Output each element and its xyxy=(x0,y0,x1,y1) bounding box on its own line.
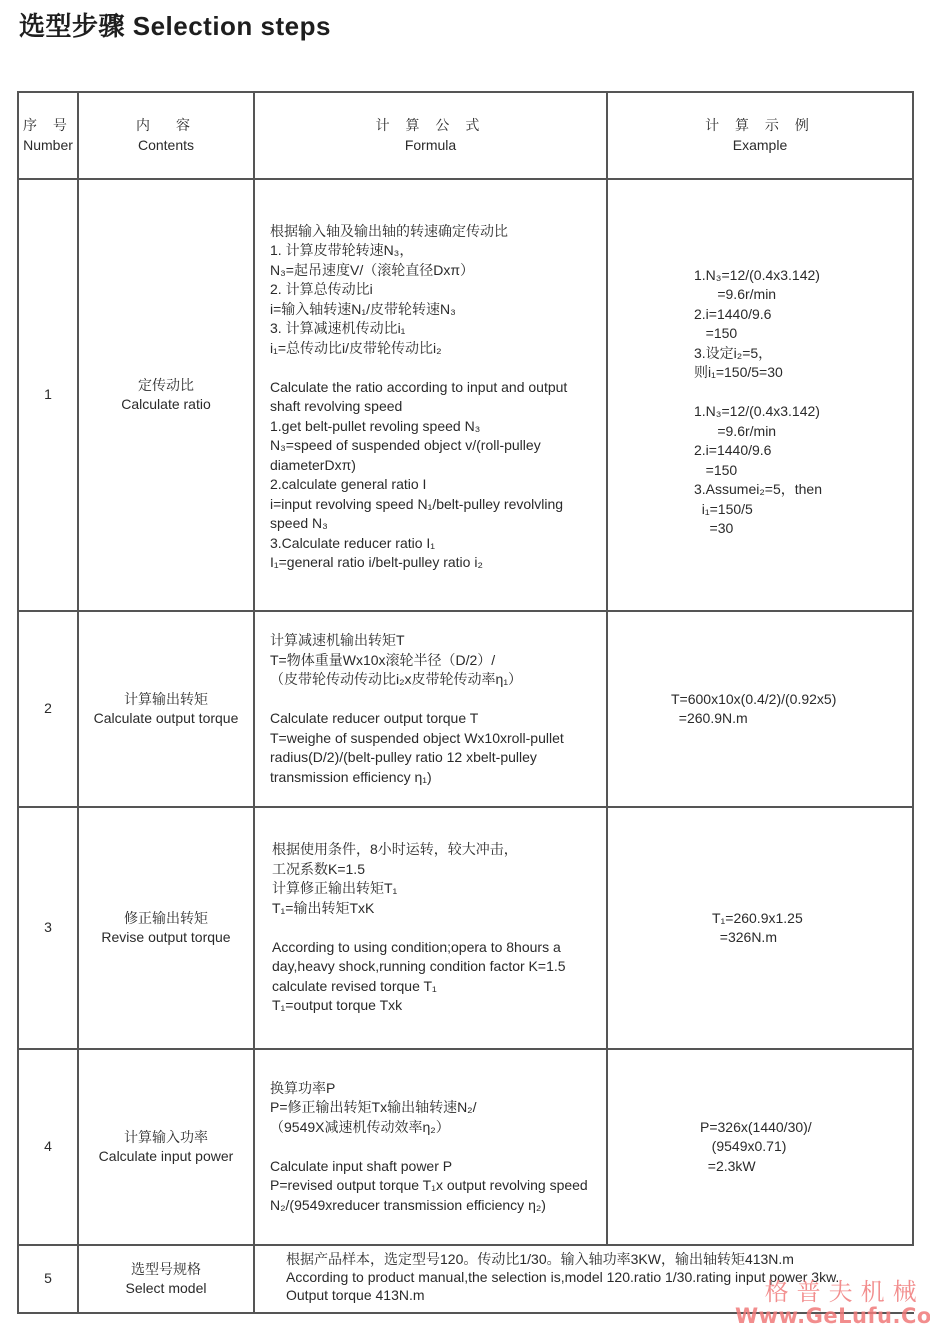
example-line: =30 xyxy=(694,519,912,539)
formula-line: 换算功率P xyxy=(270,1079,600,1099)
row-formula: 根据输入轴及输出轴的转速确定传动比 1. 计算皮带轮转速N₃， N₃=起吊速度V… xyxy=(254,179,607,611)
formula-line: i=input revolving speed N₁/belt-pulley r… xyxy=(270,495,600,515)
result-line: According to product manual,the selectio… xyxy=(286,1268,912,1286)
header-number-cn: 序 号 xyxy=(19,116,77,136)
formula-line: N₃=起吊速度V/（滚轮直径Dxπ） xyxy=(270,261,600,281)
example-line: =2.3kW xyxy=(700,1157,912,1177)
formula-line: 3.Calculate reducer ratio I₁ xyxy=(270,534,600,554)
example-line: 1.N₃=12/(0.4x3.142) xyxy=(694,402,912,422)
header-contents: 内 容 Contents xyxy=(78,92,254,179)
formula-line: P=revised output torque T₁x output revol… xyxy=(270,1176,600,1196)
formula-line: 1.get belt-pullet revoling speed N₃ xyxy=(270,417,600,437)
example-line: 2.i=1440/9.6 xyxy=(694,441,912,461)
row-example: P=326x(1440/30)/ (9549x0.71) =2.3kW xyxy=(607,1049,913,1245)
row-formula: 根据使用条件，8小时运转，较大冲击， 工况系数K=1.5 计算修正输出转矩T₁ … xyxy=(254,807,607,1049)
content-en: Calculate ratio xyxy=(79,395,253,415)
header-formula: 计 算 公 式 Formula xyxy=(254,92,607,179)
result-line: Output torque 413N.m xyxy=(286,1286,912,1304)
formula-line: T₁=output torque Txk xyxy=(272,996,600,1016)
formula-line: P=修正输出转矩Tx输出轴转速N₂/ xyxy=(270,1098,600,1118)
formula-line: 2. 计算总传动比i xyxy=(270,280,600,300)
row-example: T₁=260.9x1.25 =326N.m xyxy=(607,807,913,1049)
content-en: Calculate output torque xyxy=(79,709,253,729)
content-cn: 计算输入功率 xyxy=(79,1128,253,1148)
example-line: T₁=260.9x1.25 xyxy=(712,909,912,929)
formula-line: T=weighe of suspended object Wx10xroll-p… xyxy=(270,729,600,749)
formula-line: 3. 计算减速机传动比i₁ xyxy=(270,319,600,339)
formula-line: shaft revolving speed xyxy=(270,397,600,417)
formula-line: speed N₃ xyxy=(270,514,600,534)
row-example: T=600x10x(0.4/2)/(0.92x5) =260.9N.m xyxy=(607,611,913,807)
selection-steps-table: 序 号 Number 内 容 Contents 计 算 公 式 Formula … xyxy=(17,91,914,1314)
formula-line: N₃=speed of suspended object v/(roll-pul… xyxy=(270,436,600,456)
content-cn: 选型号规格 xyxy=(79,1260,253,1280)
formula-line: 2.calculate general ratio I xyxy=(270,475,600,495)
content-en: Calculate input power xyxy=(79,1147,253,1167)
row-result: 根据产品样本，选定型号120。传动比1/30。输入轴功率3KW，输出轴转矩413… xyxy=(254,1245,913,1313)
row-content: 选型号规格 Select model xyxy=(78,1245,254,1313)
table-header-row: 序 号 Number 内 容 Contents 计 算 公 式 Formula … xyxy=(18,92,913,179)
formula-line: 根据输入轴及输出轴的转速确定传动比 xyxy=(270,222,600,242)
table-row: 3 修正输出转矩 Revise output torque 根据使用条件，8小时… xyxy=(18,807,913,1049)
header-contents-en: Contents xyxy=(79,136,253,156)
formula-line: （皮带轮传动传动比i₂x皮带轮传动率η₁） xyxy=(270,670,600,690)
content-cn: 定传动比 xyxy=(79,376,253,396)
formula-line: I₁=general ratio i/belt-pulley ratio i₂ xyxy=(270,553,600,573)
header-example: 计 算 示 例 Example xyxy=(607,92,913,179)
formula-line: radius(D/2)/(belt-pulley ratio 12 xbelt-… xyxy=(270,748,600,768)
header-example-cn: 计 算 示 例 xyxy=(608,116,912,136)
row-content: 计算输入功率 Calculate input power xyxy=(78,1049,254,1245)
content-cn: 修正输出转矩 xyxy=(79,909,253,929)
formula-line: T=物体重量Wx10x滚轮半径（D/2）/ xyxy=(270,651,600,671)
example-line: =150 xyxy=(694,461,912,481)
row-formula: 计算减速机输出转矩T T=物体重量Wx10x滚轮半径（D/2）/ （皮带轮传动传… xyxy=(254,611,607,807)
table-row: 1 定传动比 Calculate ratio 根据输入轴及输出轴的转速确定传动比… xyxy=(18,179,913,611)
table-row: 2 计算输出转矩 Calculate output torque 计算减速机输出… xyxy=(18,611,913,807)
row-formula: 换算功率P P=修正输出转矩Tx输出轴转速N₂/ （9549X减速机传动效率η₂… xyxy=(254,1049,607,1245)
formula-line: 根据使用条件，8小时运转，较大冲击， xyxy=(272,840,600,860)
content-en: Revise output torque xyxy=(79,928,253,948)
header-contents-cn: 内 容 xyxy=(79,116,253,136)
example-line: =9.6r/min xyxy=(694,422,912,442)
formula-line: Calculate the ratio according to input a… xyxy=(270,378,600,398)
header-number-en: Number xyxy=(19,136,77,156)
example-line: =9.6r/min xyxy=(694,285,912,305)
formula-line: 计算修正输出转矩T₁ xyxy=(272,879,600,899)
formula-line: T₁=输出转矩TxK xyxy=(272,899,600,919)
table-row: 4 计算输入功率 Calculate input power 换算功率P P=修… xyxy=(18,1049,913,1245)
example-line: 3.设定i₂=5， xyxy=(694,344,912,364)
row-number: 1 xyxy=(18,179,78,611)
content-cn: 计算输出转矩 xyxy=(79,690,253,710)
example-line: P=326x(1440/30)/ xyxy=(700,1118,912,1138)
formula-line: diameterDxπ) xyxy=(270,456,600,476)
formula-line: i=输入轴转速N₁/皮带轮转速N₃ xyxy=(270,300,600,320)
example-line: 则i₁=150/5=30 xyxy=(694,363,912,383)
formula-line: According to using condition;opera to 8h… xyxy=(272,938,600,958)
formula-line: Calculate reducer output torque T xyxy=(270,709,600,729)
example-line: 3.Assumei₂=5，then xyxy=(694,480,912,500)
header-example-en: Example xyxy=(608,136,912,156)
row-content: 修正输出转矩 Revise output torque xyxy=(78,807,254,1049)
example-line: T=600x10x(0.4/2)/(0.92x5) xyxy=(671,690,912,710)
row-number: 4 xyxy=(18,1049,78,1245)
example-line: i₁=150/5 xyxy=(694,500,912,520)
formula-line: day,heavy shock,running condition factor… xyxy=(272,957,600,977)
example-line: (9549x0.71) xyxy=(700,1137,912,1157)
row-example: 1.N₃=12/(0.4x3.142) =9.6r/min 2.i=1440/9… xyxy=(607,179,913,611)
header-formula-en: Formula xyxy=(255,136,606,156)
example-line: =326N.m xyxy=(712,928,912,948)
formula-line: （9549X减速机传动效率η₂） xyxy=(270,1118,600,1138)
row-number: 5 xyxy=(18,1245,78,1313)
example-line: 2.i=1440/9.6 xyxy=(694,305,912,325)
formula-line: calculate revised torque T₁ xyxy=(272,977,600,997)
row-number: 3 xyxy=(18,807,78,1049)
row-number: 2 xyxy=(18,611,78,807)
table-row: 5 选型号规格 Select model 根据产品样本，选定型号120。传动比1… xyxy=(18,1245,913,1313)
formula-line: Calculate input shaft power P xyxy=(270,1157,600,1177)
content-en: Select model xyxy=(79,1279,253,1299)
header-formula-cn: 计 算 公 式 xyxy=(255,116,606,136)
formula-line: N₂/(9549xreducer transmission efficiency… xyxy=(270,1196,600,1216)
example-line: =260.9N.m xyxy=(671,709,912,729)
formula-line: 工况系数K=1.5 xyxy=(272,860,600,880)
formula-line: 计算减速机输出转矩T xyxy=(270,631,600,651)
example-line: 1.N₃=12/(0.4x3.142) xyxy=(694,266,912,286)
formula-line: 1. 计算皮带轮转速N₃， xyxy=(270,241,600,261)
row-content: 计算输出转矩 Calculate output torque xyxy=(78,611,254,807)
page-title: 选型步骤 Selection steps xyxy=(19,6,331,43)
row-content: 定传动比 Calculate ratio xyxy=(78,179,254,611)
formula-line: i₁=总传动比i/皮带轮传动比i₂ xyxy=(270,339,600,359)
header-number: 序 号 Number xyxy=(18,92,78,179)
example-line: =150 xyxy=(694,324,912,344)
result-line: 根据产品样本，选定型号120。传动比1/30。输入轴功率3KW，输出轴转矩413… xyxy=(286,1250,912,1268)
formula-line: transmission efficiency η₁) xyxy=(270,768,600,788)
